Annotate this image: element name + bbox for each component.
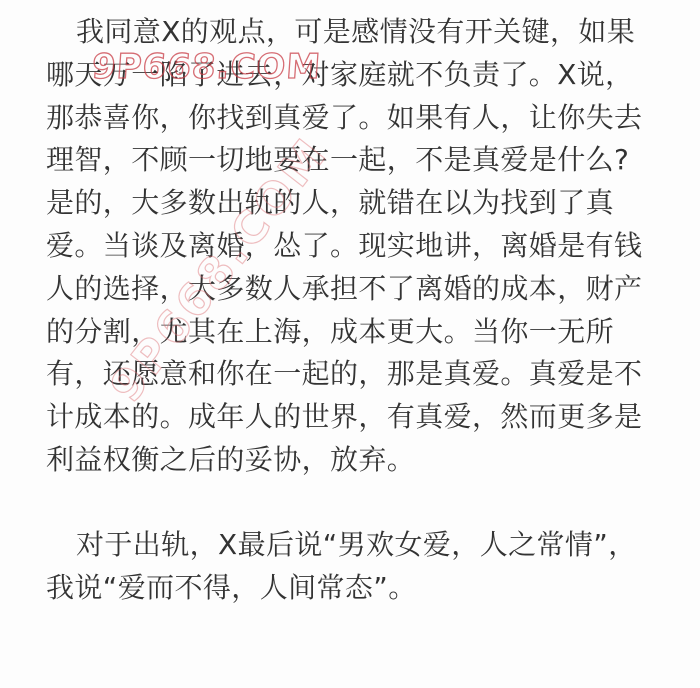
text-line: 理智，不顾一切地要在一起，不是真爱是什么? <box>46 139 646 182</box>
text-line: 利益权衡之后的妥协，放弃。 <box>46 439 646 482</box>
text-line: 那恭喜你，你找到真爱了。如果有人，让你失去 <box>46 97 646 140</box>
document-page: 我同意X的观点，可是感情没有开关键，如果 哪天万一陷了进去，对家庭就不负责了。X… <box>0 0 700 688</box>
text-line: 计成本的。成年人的世界，有真爱，然而更多是 <box>46 396 646 439</box>
text-line: 对于出轨，X最后说“男欢女爱，人之常情”， <box>46 524 646 567</box>
text-line: 的分割，尤其在上海，成本更大。当你一无所 <box>46 311 646 354</box>
text-line: 是的，大多数出轨的人，就错在以为找到了真 <box>46 182 646 225</box>
text-line: 爱。当谈及离婚，怂了。现实地讲，离婚是有钱 <box>46 225 646 268</box>
paragraph-1: 我同意X的观点，可是感情没有开关键，如果 哪天万一陷了进去，对家庭就不负责了。X… <box>46 11 646 482</box>
text-line: 人的选择，大多数人承担不了离婚的成本，财产 <box>46 268 646 311</box>
article-body: 我同意X的观点，可是感情没有开关键，如果 哪天万一陷了进去，对家庭就不负责了。X… <box>46 11 646 609</box>
text-line: 我同意X的观点，可是感情没有开关键，如果 <box>46 11 646 54</box>
text-line: 有，还愿意和你在一起的，那是真爱。真爱是不 <box>46 353 646 396</box>
text-line: 我说“爱而不得，人间常态”。 <box>46 567 646 610</box>
paragraph-2: 对于出轨，X最后说“男欢女爱，人之常情”， 我说“爱而不得，人间常态”。 <box>46 524 646 610</box>
text-line: 哪天万一陷了进去，对家庭就不负责了。X说， <box>46 54 646 97</box>
